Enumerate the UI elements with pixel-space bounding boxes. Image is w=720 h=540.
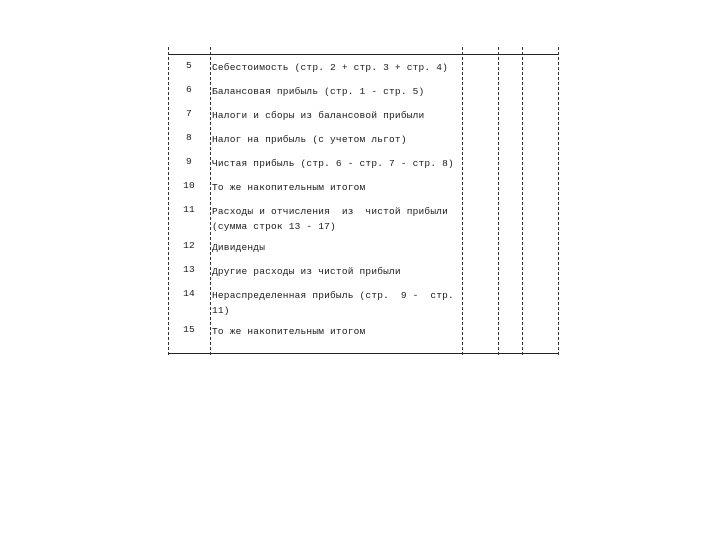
table-bottom-border: [168, 353, 558, 354]
row-number: 7: [168, 108, 210, 119]
row-number: 12: [168, 240, 210, 251]
row-description: Налог на прибыль (с учетом льгот): [212, 132, 462, 147]
row-number: 14: [168, 288, 210, 299]
row-number: 6: [168, 84, 210, 95]
row-number: 5: [168, 60, 210, 71]
row-description: Дивиденды: [212, 240, 462, 255]
row-number: 8: [168, 132, 210, 143]
row-number: 13: [168, 264, 210, 275]
row-description: Другие расходы из чистой прибыли: [212, 264, 462, 279]
row-number: 9: [168, 156, 210, 167]
column-divider: [558, 47, 559, 355]
row-number: 15: [168, 324, 210, 335]
row-description: То же накопительным итогом: [212, 324, 462, 339]
column-divider: [522, 47, 523, 355]
row-description: То же накопительным итогом: [212, 180, 462, 195]
row-description: Себестоимость (стр. 2 + стр. 3 + стр. 4): [212, 60, 462, 75]
column-divider: [462, 47, 463, 355]
table-top-border: [168, 54, 558, 55]
row-description: Чистая прибыль (стр. 6 - стр. 7 - стр. 8…: [212, 156, 462, 171]
row-description: Балансовая прибыль (стр. 1 - стр. 5): [212, 84, 462, 99]
row-description: Налоги и сборы из балансовой прибыли: [212, 108, 462, 123]
row-number: 11: [168, 204, 210, 215]
row-description: Нераспределенная прибыль (стр. 9 - стр. …: [212, 288, 462, 318]
row-number: 10: [168, 180, 210, 191]
column-divider: [210, 47, 211, 355]
row-description: Расходы и отчисления из чистой прибыли (…: [212, 204, 462, 234]
column-divider: [498, 47, 499, 355]
